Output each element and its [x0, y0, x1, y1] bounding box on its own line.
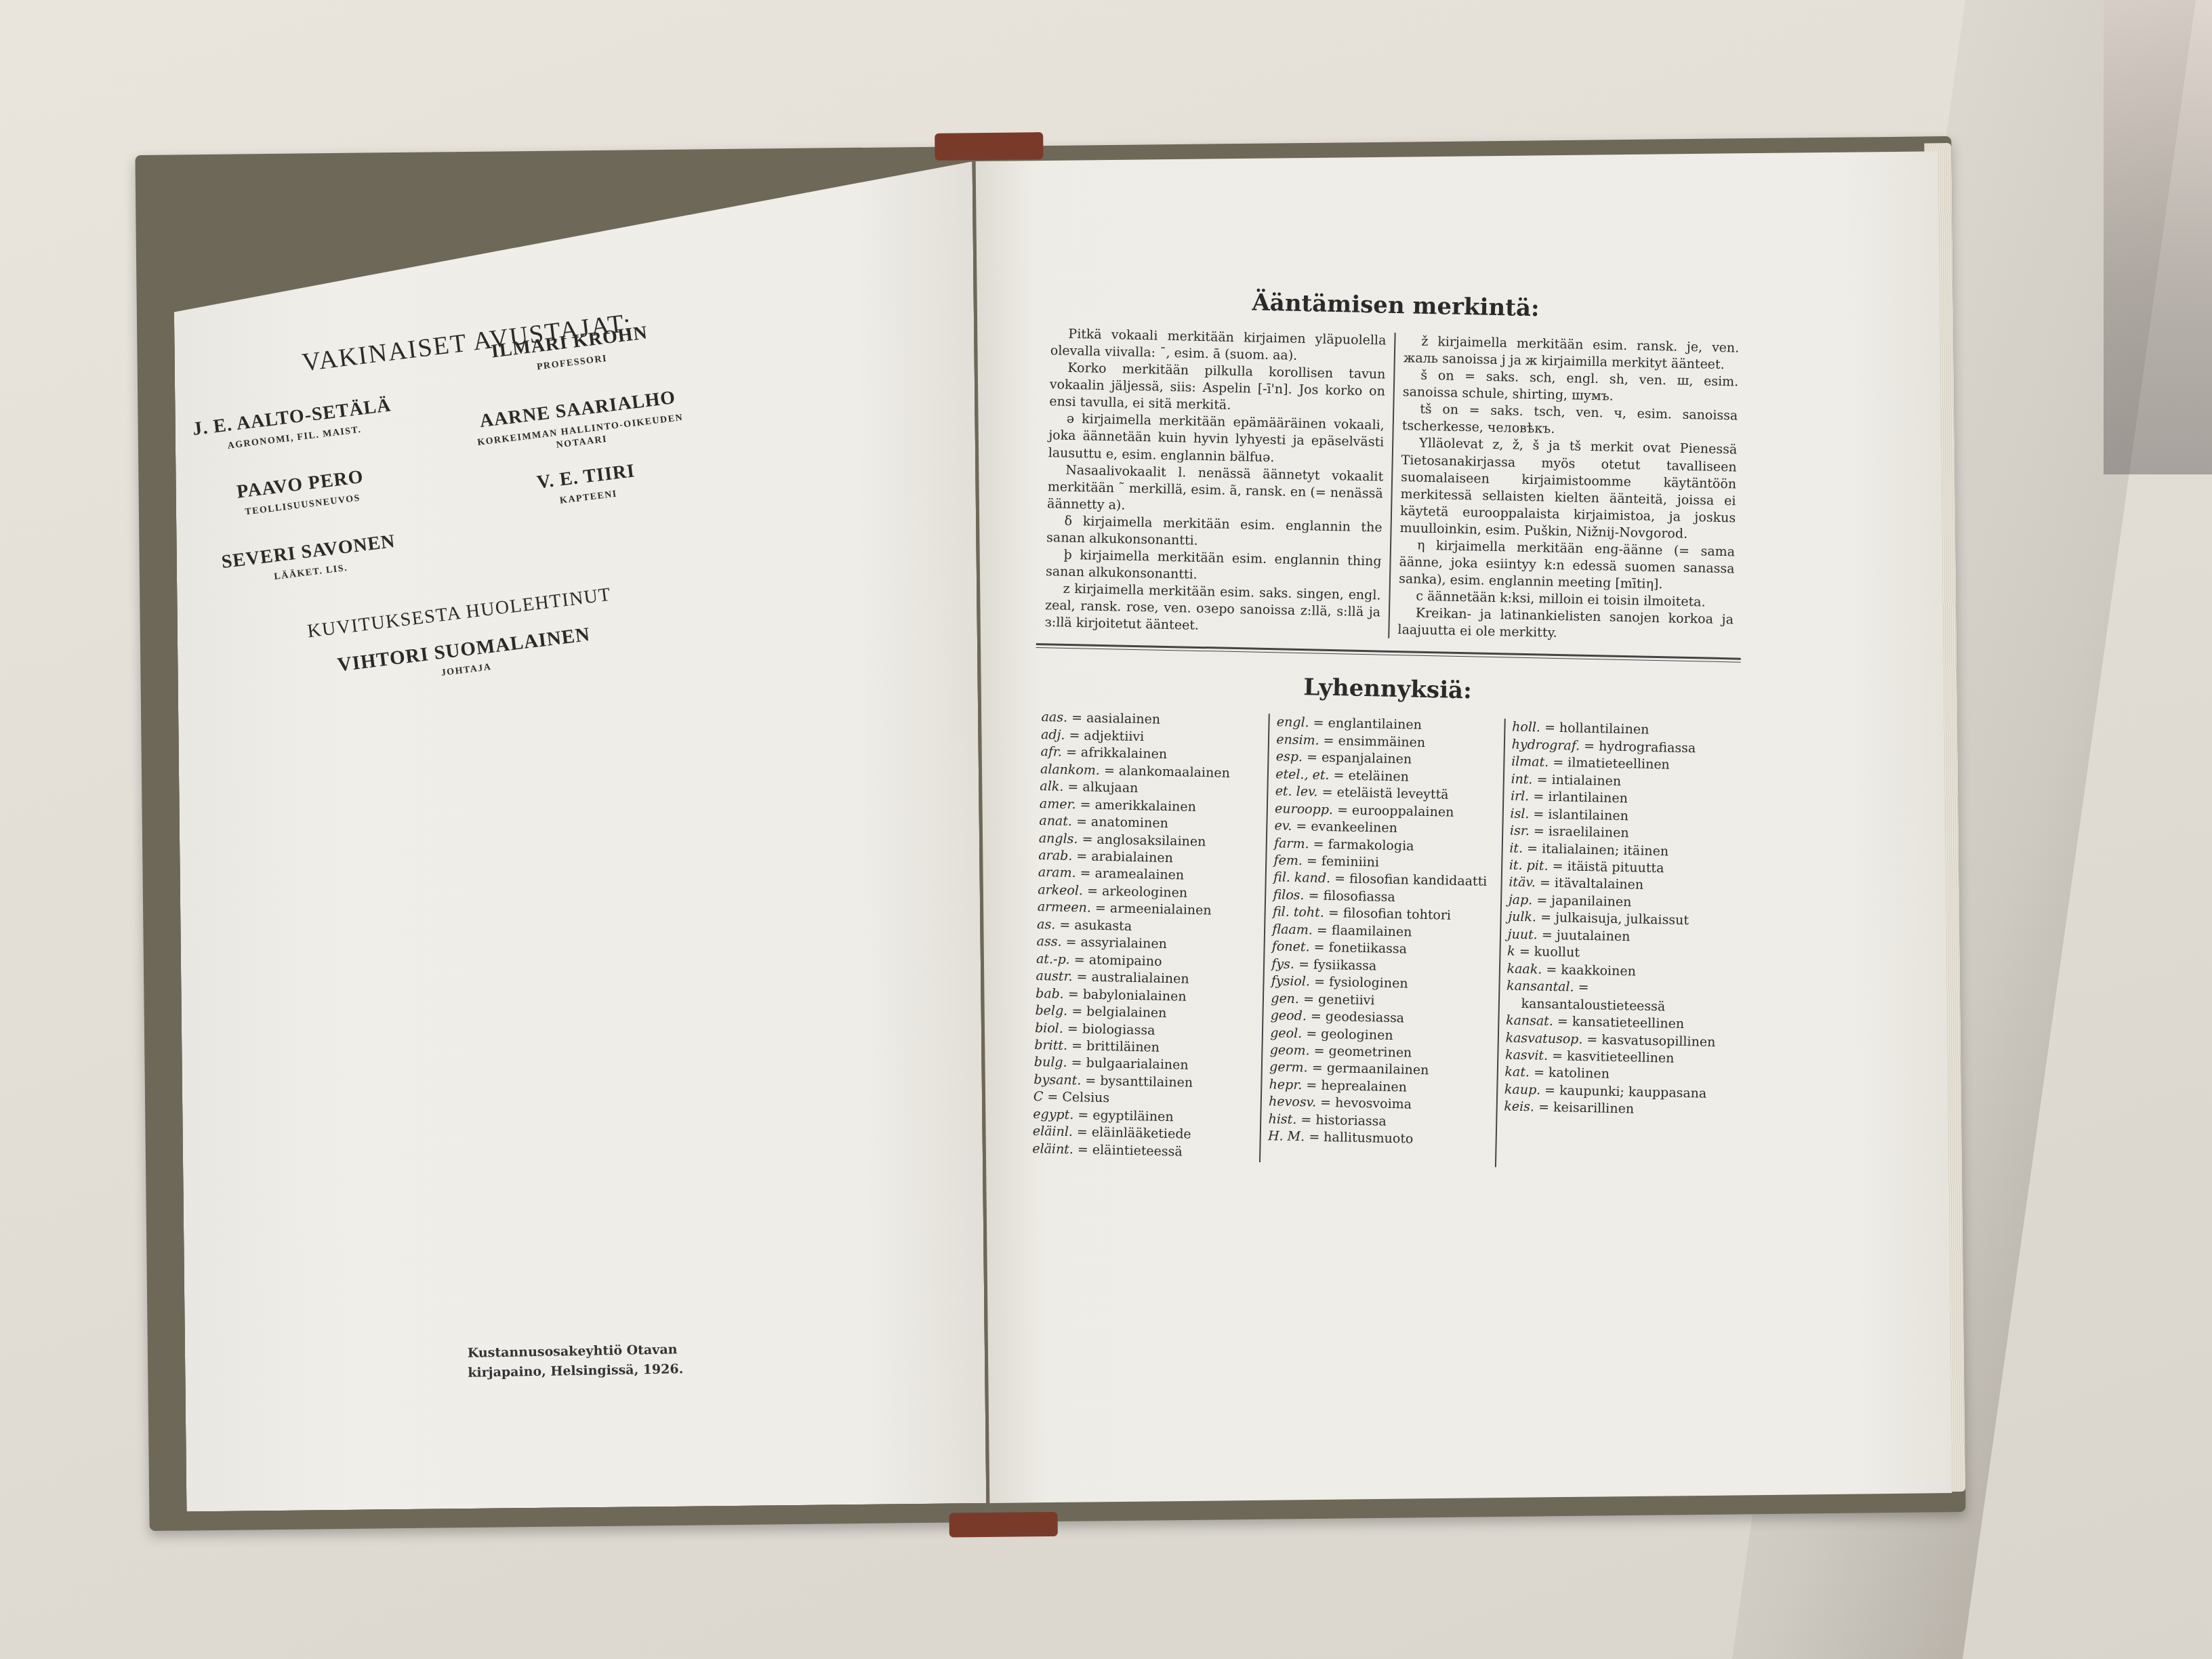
abbreviation-meaning: anglosaksilainen	[1097, 832, 1206, 848]
section-divider	[1036, 643, 1741, 663]
abbreviation-meaning: hevosvoima	[1335, 1096, 1412, 1112]
abbreviations-column: holl. = hollantilainenhydrograf. = hydro…	[1495, 719, 1740, 1172]
equals-sign: =	[1309, 716, 1328, 731]
equals-sign: =	[1055, 917, 1074, 933]
abbreviation: geod.	[1271, 1008, 1307, 1023]
abbreviation: ensim.	[1276, 732, 1319, 747]
abbreviation-meaning: eteläinen	[1348, 768, 1409, 784]
abbreviation-entry: H. M. = hallitusmuoto	[1268, 1128, 1489, 1149]
abbreviation: hist.	[1268, 1111, 1296, 1127]
equals-sign: =	[1305, 1130, 1324, 1145]
abbreviation-meaning: intialainen	[1551, 773, 1621, 789]
abbreviation: egypt.	[1033, 1107, 1073, 1122]
abbreviation-meaning: kansantaloustieteessä	[1521, 996, 1665, 1014]
equals-sign: =	[1091, 901, 1110, 916]
abbreviation-meaning: germaanilainen	[1327, 1061, 1429, 1078]
abbreviation-meaning: japanilainen	[1551, 893, 1632, 909]
abbreviation: et. lev.	[1275, 784, 1318, 800]
abbreviation: afr.	[1040, 744, 1062, 760]
pronunciation-paragraph: z kirjaimella merkitään esim. saks. sing…	[1044, 580, 1380, 638]
abbreviation: kaup.	[1504, 1082, 1541, 1097]
equals-sign: =	[1574, 980, 1589, 995]
equals-sign: =	[1536, 876, 1555, 891]
pronunciation-column-right: ž kirjaimella merkitään esim. ransk. je,…	[1388, 333, 1747, 646]
abbreviation: gen.	[1271, 991, 1299, 1006]
abbreviation-meaning: filosofiassa	[1323, 888, 1395, 905]
abbreviation-meaning: genetiivi	[1318, 991, 1375, 1008]
abbreviation-meaning: kaupunki; kauppasana	[1559, 1083, 1707, 1101]
equals-sign: =	[1324, 905, 1343, 921]
abbreviation: julk.	[1508, 909, 1536, 925]
abbreviation: C	[1033, 1089, 1044, 1104]
abbreviation-meaning: armeenialainen	[1110, 901, 1212, 918]
abbreviation: farm.	[1274, 836, 1309, 851]
abbreviation-meaning: brittiläinen	[1086, 1039, 1160, 1055]
abbreviation-meaning: hollantilainen	[1559, 720, 1650, 737]
abbreviation-meaning: alkujaan	[1082, 780, 1138, 796]
contributor: PAAVO PERO TEOLLISUUSNEUVOS	[171, 459, 431, 528]
abbreviation-meaning: katolinen	[1549, 1065, 1610, 1082]
equals-sign: =	[1062, 745, 1081, 760]
abbreviation: fys.	[1271, 956, 1294, 972]
pronunciation-paragraph: η kirjaimella merkitään eng-äänne (= sam…	[1399, 537, 1735, 595]
abbreviation-meaning: anatominen	[1091, 815, 1168, 831]
abbreviation: hydrograf.	[1511, 737, 1580, 753]
abbreviation-meaning: julkaisuja, julkaissut	[1555, 910, 1689, 928]
pronunciation-paragraph: Korko merkitään pilkulla korollisen tavu…	[1049, 359, 1385, 417]
abbreviation: germ.	[1269, 1060, 1308, 1076]
abbreviation: aas.	[1041, 710, 1067, 725]
abbreviation-meaning: kasvatusopillinen	[1601, 1032, 1715, 1050]
abbreviation-meaning: bysanttilainen	[1100, 1073, 1193, 1090]
abbreviation-meaning: fysiikassa	[1313, 957, 1377, 973]
abbreviation: as.	[1037, 917, 1056, 933]
abbreviation: armeen.	[1038, 899, 1092, 916]
abbreviation: kansat.	[1506, 1013, 1553, 1029]
abbreviation: bulg.	[1034, 1054, 1067, 1070]
abbreviation-meaning: eläintieteessä	[1092, 1143, 1183, 1160]
equals-sign: =	[1065, 728, 1084, 743]
abbreviations-title: Lyhennyksiä:	[1035, 668, 1740, 710]
equals-sign: =	[1302, 1026, 1321, 1042]
pronunciation-column-left: Pitkä vokaali merkitään kirjaimen yläpuo…	[1036, 325, 1394, 638]
abbreviation-meaning: englantilainen	[1328, 716, 1422, 733]
abbreviation: ass.	[1036, 934, 1061, 949]
abbreviation: fil. kand.	[1273, 870, 1331, 886]
equals-sign: =	[1063, 1021, 1082, 1036]
equals-sign: =	[1299, 991, 1318, 1007]
equals-sign: =	[1292, 819, 1311, 834]
abbreviation: fil. toht.	[1273, 905, 1324, 921]
abbreviation: hepr.	[1269, 1077, 1302, 1092]
right-page-text: Ääntämisen merkintä: Pitkä vokaali merki…	[1025, 285, 1748, 1172]
abbreviation-meaning: assyrialainen	[1080, 935, 1167, 952]
abbreviation: isr.	[1510, 823, 1530, 839]
equals-sign: =	[1580, 739, 1599, 754]
equals-sign: =	[1523, 841, 1542, 857]
equals-sign: =	[1302, 1078, 1321, 1093]
abbreviation: bab.	[1036, 986, 1064, 1002]
equals-sign: =	[1313, 922, 1332, 938]
abbreviations-column: aas. = aasialainenadj. = adjektiiviafr. …	[1025, 709, 1269, 1162]
abbreviation: juut.	[1508, 926, 1538, 942]
abbreviation-meaning: adjektiivi	[1084, 728, 1144, 744]
equals-sign: =	[1303, 750, 1322, 765]
abbreviation: adj.	[1041, 727, 1065, 743]
abbreviation: fysiol.	[1271, 973, 1311, 989]
abbreviation: esp.	[1276, 750, 1303, 765]
abbreviation-meaning: flaamilainen	[1332, 923, 1412, 939]
equals-sign: =	[1067, 1004, 1086, 1019]
equals-sign: =	[1529, 806, 1548, 822]
abbreviation-meaning: arkeologinen	[1102, 884, 1188, 901]
abbreviation-meaning: filosofian kandidaatti	[1349, 872, 1488, 889]
abbreviation-meaning: hydrografiassa	[1599, 739, 1696, 756]
abbreviation: jap.	[1509, 893, 1533, 908]
printer-imprint: Kustannusosakeyhtiö Otavan kirjapaino, H…	[468, 1340, 684, 1382]
equals-sign: =	[1319, 733, 1338, 749]
abbreviation: bysant.	[1033, 1072, 1081, 1088]
abbreviation: euroopp.	[1275, 801, 1333, 817]
imprint-line: kirjapaino, Helsingissä, 1926.	[468, 1359, 683, 1382]
equals-sign: =	[1309, 836, 1328, 852]
abbreviation-meaning: italialainen; itäinen	[1542, 841, 1668, 859]
abbreviation: it.	[1509, 840, 1523, 855]
equals-sign: =	[1081, 1073, 1100, 1088]
pronunciation-paragraph: Nasaalivokaalit l. nenässä äännetyt voka…	[1047, 462, 1383, 520]
abbreviation: eläint.	[1032, 1141, 1073, 1157]
equals-sign: =	[1083, 883, 1102, 899]
abbreviation-meaning: itävaltalainen	[1555, 876, 1644, 893]
abbreviation: aram.	[1038, 865, 1076, 881]
equals-sign: =	[1061, 935, 1080, 950]
equals-sign: =	[1067, 1055, 1086, 1071]
equals-sign: =	[1534, 1100, 1553, 1115]
equals-sign: =	[1532, 772, 1551, 787]
abbreviation-meaning: keisarillinen	[1553, 1100, 1634, 1116]
pronunciation-columns: Pitkä vokaali merkitään kirjaimen yläpuo…	[1036, 325, 1747, 646]
contributors-grid: J. E. AALTO-SETÄLÄ AGRONOMI, FIL. MAIST.…	[163, 356, 722, 595]
abbreviation: angls.	[1039, 831, 1078, 846]
abbreviation-meaning: afrikkalainen	[1081, 745, 1168, 762]
equals-sign: =	[1532, 893, 1551, 908]
abbreviation-meaning: eteläistä leveyttä	[1336, 785, 1448, 802]
abbreviation-meaning: Celsius	[1062, 1090, 1109, 1105]
abbreviation-meaning: hallitusmuoto	[1324, 1130, 1414, 1147]
abbreviation: belg.	[1035, 1003, 1067, 1019]
equals-sign: =	[1549, 755, 1568, 771]
equals-sign: =	[1536, 910, 1555, 926]
abbreviation: geol.	[1270, 1025, 1302, 1041]
abbreviations-column: engl. = englantilainenensim. = ensimmäin…	[1259, 714, 1504, 1168]
abbreviation-meaning: islantilainen	[1548, 806, 1629, 823]
equals-sign: =	[1548, 1048, 1567, 1064]
abbreviation: arkeol.	[1038, 882, 1083, 898]
equals-sign: =	[1310, 975, 1329, 990]
abbreviation: anat.	[1039, 813, 1072, 829]
pronunciation-paragraph: Ylläolevat z, ž, š ja tš merkit ovat Pie…	[1399, 435, 1737, 544]
equals-sign: =	[1072, 848, 1091, 864]
pronunciation-paragraph: ə kirjaimella merkitään epämääräinen vok…	[1048, 411, 1385, 469]
abbreviation-meaning: fysiologinen	[1329, 975, 1408, 991]
pronunciation-paragraph: Kreikan- ja latinankielisten sanojen kor…	[1397, 605, 1734, 646]
equals-sign: =	[1307, 1008, 1326, 1024]
abbreviations-columns: aas. = aasialainenadj. = adjektiiviafr. …	[1025, 709, 1740, 1172]
abbreviation: holl.	[1512, 720, 1540, 735]
equals-sign: =	[1294, 957, 1313, 972]
abbreviation-meaning: fonetiikassa	[1328, 940, 1407, 956]
abbreviation: kaak.	[1507, 961, 1542, 977]
abbreviation-meaning: geometrinen	[1328, 1044, 1412, 1061]
equals-sign: =	[1100, 763, 1119, 779]
equals-sign: =	[1309, 940, 1328, 956]
equals-sign: =	[1317, 785, 1336, 800]
equals-sign: =	[1076, 797, 1094, 813]
equals-sign: =	[1530, 823, 1549, 839]
equals-sign: =	[1073, 1124, 1092, 1140]
abbreviation: ilmat.	[1511, 754, 1549, 770]
abbreviation-meaning: evankeelinen	[1311, 819, 1397, 836]
abbreviation-meaning: kaakkoinen	[1561, 962, 1636, 979]
abbreviation: k	[1507, 944, 1515, 959]
abbreviation-meaning: eläinlääketiede	[1092, 1125, 1191, 1142]
equals-sign: =	[1067, 710, 1086, 726]
abbreviation-meaning: aasialainen	[1086, 711, 1160, 727]
abbreviation: britt.	[1034, 1038, 1067, 1053]
abbreviation-meaning: bulgaarialainen	[1086, 1056, 1188, 1073]
abbreviation-meaning: juutalainen	[1557, 928, 1631, 944]
equals-sign: =	[1553, 1014, 1572, 1029]
abbreviation-meaning: feminiini	[1322, 854, 1380, 870]
abbreviation-meaning: arabialainen	[1091, 849, 1173, 866]
abbreviation-meaning: biologiassa	[1082, 1021, 1155, 1038]
abbreviation: at.-p.	[1036, 951, 1070, 967]
abbreviation-meaning: alankomaalainen	[1119, 763, 1230, 780]
abbreviation: ev.	[1274, 818, 1292, 834]
equals-sign: =	[1530, 1065, 1549, 1081]
abbreviation: flaam.	[1272, 922, 1313, 937]
abbreviation: fonet.	[1272, 939, 1310, 955]
abbreviation-meaning: filosofian tohtori	[1343, 906, 1452, 923]
abbreviation-meaning: eurooppalainen	[1352, 802, 1454, 819]
abbreviation: keis.	[1504, 1099, 1534, 1115]
abbreviation-meaning: aramealainen	[1094, 866, 1184, 883]
equals-sign: =	[1070, 952, 1089, 968]
equals-sign: =	[1076, 866, 1094, 882]
abbreviation-meaning: atomipaino	[1089, 952, 1162, 968]
abbreviation: kansantal.	[1507, 979, 1574, 995]
abbreviation-meaning: itäistä pituutta	[1567, 859, 1664, 876]
abbreviation: kat.	[1504, 1065, 1530, 1080]
abbreviation-meaning: asukasta	[1074, 918, 1132, 934]
abbreviation-meaning: farmakologia	[1328, 837, 1414, 854]
abbreviation: alankom.	[1040, 762, 1100, 778]
abbreviation-meaning: egyptiläinen	[1092, 1108, 1174, 1124]
abbreviation-meaning: belgialainen	[1086, 1004, 1167, 1021]
abbreviation: filos.	[1273, 887, 1304, 903]
abbreviation-meaning: heprealainen	[1321, 1078, 1407, 1095]
abbreviation: arab.	[1038, 848, 1072, 863]
abbreviation-meaning: amerikkalainen	[1094, 797, 1196, 814]
abbreviation-meaning: kuollut	[1534, 945, 1580, 960]
spine-bottom	[949, 1512, 1057, 1538]
abbreviation: eläinl.	[1033, 1124, 1073, 1139]
equals-sign: =	[1540, 1083, 1559, 1099]
equals-sign: =	[1330, 872, 1349, 887]
abbreviation: engl.	[1277, 715, 1309, 731]
abbreviation: kasvit.	[1505, 1048, 1549, 1063]
abbreviation: itäv.	[1509, 875, 1536, 890]
equals-sign: =	[1582, 1031, 1601, 1047]
equals-sign: =	[1333, 802, 1352, 818]
abbreviation-meaning: espanjalainen	[1322, 750, 1412, 767]
equals-sign: =	[1064, 987, 1083, 1002]
equals-sign: =	[1067, 1038, 1086, 1054]
abbreviation-meaning: ilmatieteellinen	[1568, 756, 1670, 773]
equals-sign: =	[1309, 1043, 1328, 1059]
abbreviation: int.	[1511, 771, 1532, 787]
equals-sign: =	[1542, 962, 1561, 977]
abbreviation: isl.	[1510, 806, 1529, 821]
equals-sign: =	[1073, 1142, 1092, 1158]
equals-sign: =	[1043, 1090, 1062, 1105]
equals-sign: =	[1073, 1107, 1092, 1123]
abbreviation-meaning: geodesiassa	[1326, 1009, 1405, 1025]
abbreviation-meaning: kasvitieteellinen	[1567, 1048, 1675, 1065]
equals-sign: =	[1529, 789, 1548, 804]
abbreviation-meaning: irlantilainen	[1548, 790, 1628, 806]
abbreviation: geom.	[1270, 1042, 1310, 1058]
equals-sign: =	[1540, 720, 1559, 736]
equals-sign: =	[1538, 927, 1557, 943]
abbreviation-meaning: geologinen	[1321, 1026, 1393, 1042]
desk-corner-shadow	[2104, 0, 2212, 474]
contributors-block: VAKINAISET AVUSTAJAT: J. E. AALTO-SETÄLÄ…	[156, 300, 736, 709]
equals-sign: =	[1078, 832, 1097, 847]
equals-sign: =	[1548, 859, 1567, 874]
abbreviation: fem.	[1273, 853, 1303, 868]
abbreviation-meaning: ensimmäinen	[1338, 733, 1425, 750]
equals-sign: =	[1329, 768, 1348, 783]
abbreviation: etel., et.	[1275, 766, 1330, 783]
contributor: SEVERI SAVONEN LÄÄKET. LIS.	[180, 526, 440, 595]
equals-sign: =	[1316, 1095, 1335, 1111]
equals-sign: =	[1304, 888, 1323, 903]
equals-sign: =	[1296, 1112, 1315, 1128]
contributor: J. E. AALTO-SETÄLÄ AGRONOMI, FIL. MAIST.	[163, 391, 423, 460]
equals-sign: =	[1515, 944, 1534, 960]
abbreviation: amer.	[1040, 796, 1076, 812]
abbreviation: biol.	[1035, 1021, 1063, 1036]
abbreviation: austr.	[1036, 968, 1072, 984]
equals-sign: =	[1308, 1061, 1327, 1076]
equals-sign: =	[1063, 779, 1082, 795]
abbreviation: alk.	[1040, 779, 1063, 794]
equals-sign: =	[1303, 853, 1322, 869]
abbreviation-entry: kansantal. = kansantaloustieteessä	[1506, 978, 1727, 1017]
abbreviation-meaning: israelilainen	[1549, 824, 1629, 840]
equals-sign: =	[1072, 969, 1091, 985]
abbreviation: irl.	[1511, 789, 1530, 804]
equals-sign: =	[1072, 814, 1091, 829]
abbreviation-meaning: kansatieteellinen	[1572, 1015, 1685, 1031]
abbreviation-meaning: babylonialainen	[1083, 987, 1187, 1004]
abbreviation: H. M.	[1268, 1128, 1305, 1144]
abbreviation-meaning: historiassa	[1315, 1113, 1387, 1129]
abbreviation: kasvatusop.	[1505, 1030, 1582, 1046]
abbreviation-meaning: australialainen	[1091, 970, 1189, 987]
spine-top	[935, 132, 1043, 161]
abbreviation: it. pit.	[1509, 858, 1549, 874]
abbreviation: hevosv.	[1269, 1094, 1316, 1110]
